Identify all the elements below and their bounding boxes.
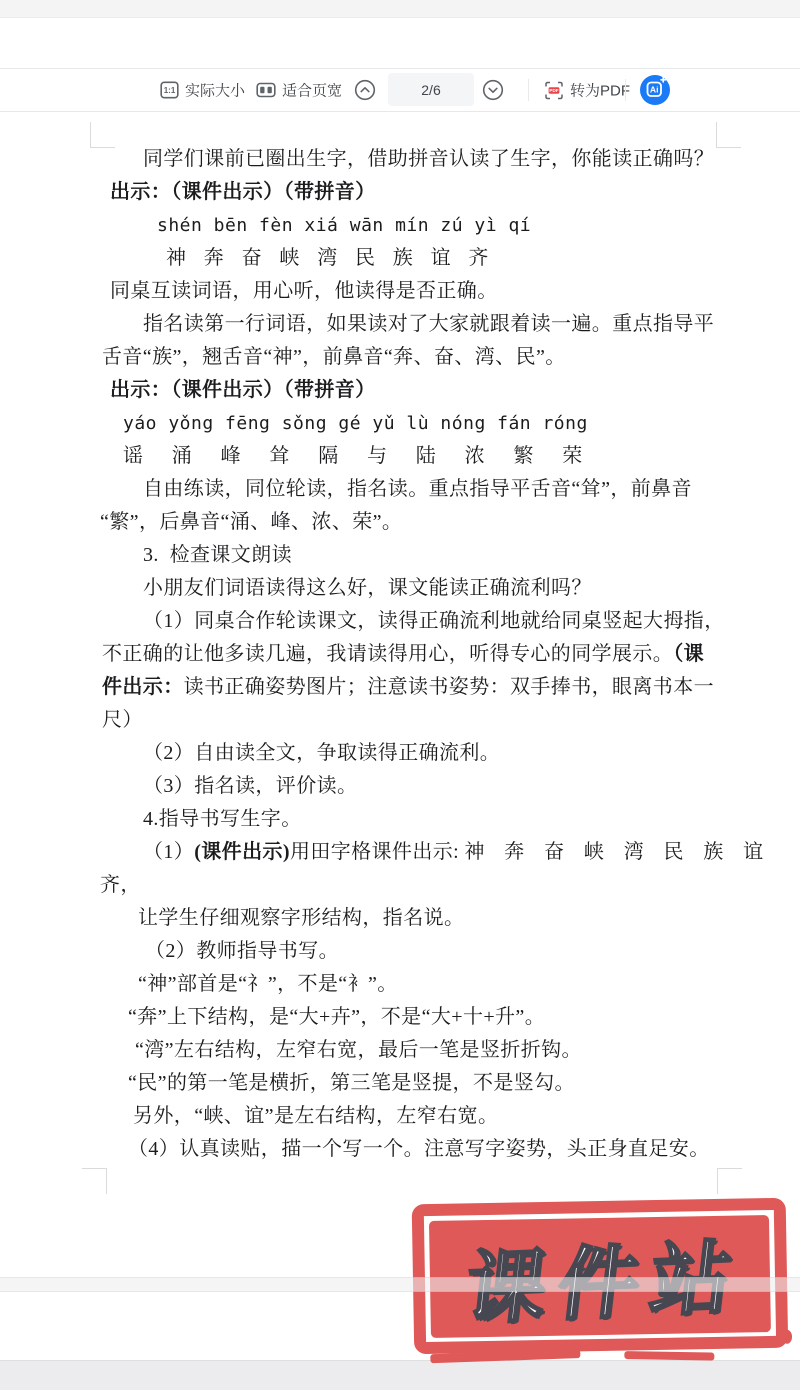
doc-line: 谣 涌 峰 耸 隔 与 陆 浓 繁 荣	[100, 440, 760, 473]
doc-run: 让学生仔细观察字形结构，指名说。	[138, 907, 464, 929]
doc-run: （1）	[143, 841, 194, 863]
doc-run: 同桌互读词语，用心听，他读得是否正确。	[110, 280, 498, 302]
doc-line: 指名读第一行词语，如果读对了大家就跟着读一遍。重点指导平	[100, 308, 760, 341]
doc-run: （1）同桌合作轮读课文，读得正确流利地就给同桌竖起大拇指，	[143, 610, 725, 632]
doc-run: （课	[673, 643, 704, 665]
doc-line: yáo yǒng fēng sǒng gé yǔ lù nóng fán rón…	[100, 407, 760, 440]
doc-run: 小朋友们词语读得这么好，课文能读正确流利吗？	[143, 577, 592, 599]
svg-text:PDF: PDF	[549, 88, 558, 93]
doc-run: 舌音“族”，翘舌音“神”，前鼻音“奔、奋、湾、民”。	[102, 346, 566, 368]
doc-run: 指名读第一行词语，如果读对了大家就跟着读一遍。重点指导平	[143, 313, 714, 335]
doc-line: 同桌互读词语，用心听，他读得是否正确。	[100, 275, 760, 308]
one-to-one-icon: 1:1	[160, 81, 179, 100]
doc-line: “神”部首是“礻”，不是“衤”。	[100, 968, 760, 1001]
doc-line: 不正确的让他多读几遍，我请读得用心，听得专心的同学展示。（课	[100, 638, 760, 671]
doc-line: （1）同桌合作轮读课文，读得正确流利地就给同桌竖起大拇指，	[100, 605, 760, 638]
doc-run: yáo yǒng fēng sǒng gé yǔ lù nóng fán rón…	[123, 413, 588, 434]
doc-run: “民”的第一笔是横折，第三笔是竖提，不是竖勾。	[128, 1072, 575, 1094]
window-top-strip	[0, 0, 800, 18]
doc-line: “繁”，后鼻音“涌、峰、浓、荣”。	[100, 506, 760, 539]
chevron-up-icon	[354, 79, 376, 101]
doc-run: 件出示：	[102, 676, 184, 698]
doc-line: 让学生仔细观察字形结构，指名说。	[100, 902, 760, 935]
doc-line: 出示：（课件出示）（带拼音）	[100, 176, 760, 209]
doc-run: “繁”，后鼻音“涌、峰、浓、荣”。	[100, 511, 402, 533]
toolbar-divider	[528, 79, 529, 101]
doc-line: shén bēn fèn xiá wān mín zú yì qí	[100, 209, 760, 242]
doc-run: 同学们课前已圈出生字，借助拼音认读了生字，你能读正确吗？	[143, 148, 714, 170]
doc-line: （2）自由读全文，争取读得正确流利。	[100, 737, 760, 770]
page-indicator[interactable]: 2/6	[388, 73, 474, 106]
svg-text:Ai: Ai	[650, 84, 659, 94]
convert-to-pdf-label: 转为PDF	[570, 80, 630, 101]
doc-run: （4）认真读贴，描一个写一个。注意写字姿势，头正身直足安。	[128, 1138, 710, 1160]
doc-run: 不正确的让他多读几遍，我请读得用心，听得专心的同学展示。	[102, 643, 673, 665]
doc-line: 4.指导书写生字。	[100, 803, 760, 836]
doc-line: 舌音“族”，翘舌音“神”，前鼻音“奔、奋、湾、民”。	[100, 341, 760, 374]
doc-run: 出示：（课件出示）（带拼音）	[110, 181, 376, 203]
fit-width-button[interactable]: 适合页宽	[256, 80, 342, 101]
doc-run: 另外，“峡、谊”是左右结构，左窄右宽。	[133, 1105, 498, 1127]
document-viewer: 1:1 实际大小 适合页宽	[0, 0, 800, 1390]
ai-assistant-button[interactable]: Ai	[640, 75, 670, 105]
doc-line: 尺）	[100, 704, 760, 737]
toolbar-divider	[625, 79, 626, 101]
doc-run: 神 奔 奋 峡 湾 民 族 谊	[465, 841, 764, 863]
doc-run: shén bēn fèn xiá wān mín zú yì qí	[157, 215, 531, 236]
doc-run: 出示：（课件出示）（带拼音）	[110, 379, 376, 401]
pdf-icon: PDF	[544, 80, 564, 100]
previous-page-button[interactable]	[354, 79, 376, 101]
doc-run: “奔”上下结构，是“大+卉”，不是“大+十+升”。	[128, 1006, 545, 1028]
svg-text:1:1: 1:1	[164, 86, 176, 95]
stamp-smudge	[624, 1351, 714, 1361]
doc-run: “神”部首是“礻”，不是“衤”。	[138, 973, 398, 995]
margin-corner-mark	[717, 1168, 742, 1194]
viewer-toolbar: 1:1 实际大小 适合页宽	[0, 68, 800, 112]
document-lines: 同学们课前已圈出生字，借助拼音认读了生字，你能读正确吗？出示：（课件出示）（带拼…	[100, 143, 760, 1166]
doc-run: 齐，	[100, 874, 141, 896]
doc-run: “湾”左右结构，左窄右宽，最后一笔是竖折折钩。	[135, 1039, 582, 1061]
doc-line: 齐，	[100, 869, 760, 902]
viewer-bottom-strip	[0, 1360, 800, 1390]
doc-run: （3）指名读，评价读。	[143, 775, 357, 797]
doc-line: “民”的第一笔是横折，第三笔是竖提，不是竖勾。	[100, 1067, 760, 1100]
doc-run: （2）自由读全文，争取读得正确流利。	[143, 742, 500, 764]
doc-line: （3）指名读，评价读。	[100, 770, 760, 803]
chevron-down-icon	[482, 79, 504, 101]
doc-line: 自由练读，同位轮读，指名读。重点指导平舌音“耸”，前鼻音	[100, 473, 760, 506]
doc-run: 3. 检查课文朗读	[143, 544, 292, 566]
doc-line: “奔”上下结构，是“大+卉”，不是“大+十+升”。	[100, 1001, 760, 1034]
fit-width-label: 适合页宽	[282, 80, 342, 101]
convert-to-pdf-button[interactable]: PDF 转为PDF	[544, 80, 630, 101]
actual-size-button[interactable]: 1:1 实际大小	[160, 80, 245, 101]
doc-line: 同学们课前已圈出生字，借助拼音认读了生字，你能读正确吗？	[100, 143, 760, 176]
doc-run: 谣 涌 峰 耸 隔 与 陆 浓 繁 荣	[123, 445, 583, 467]
fit-width-icon	[256, 81, 276, 100]
doc-run: （2）教师指导书写。	[145, 940, 339, 962]
doc-line: 小朋友们词语读得这么好，课文能读正确流利吗？	[100, 572, 760, 605]
doc-line: （1）(课件出示)用田字格课件出示: 神 奔 奋 峡 湾 民 族 谊	[100, 836, 760, 869]
stamp-smudge	[782, 1330, 792, 1344]
ai-icon: Ai	[640, 73, 670, 108]
doc-run: 自由练读，同位轮读，指名读。重点指导平舌音“耸”，前鼻音	[143, 478, 692, 500]
margin-corner-mark	[82, 1168, 107, 1194]
doc-run: 用田字格课件出示:	[290, 841, 465, 863]
page-gap	[0, 1277, 800, 1292]
doc-run: 尺）	[102, 709, 143, 731]
doc-run: 读书正确姿势图片；注意读书姿势：双手捧书，眼离书本一	[184, 676, 714, 698]
doc-line: 出示：（课件出示）（带拼音）	[100, 374, 760, 407]
doc-line: “湾”左右结构，左窄右宽，最后一笔是竖折折钩。	[100, 1034, 760, 1067]
doc-run: 神 奔 奋 峡 湾 民 族 谊 齐	[166, 247, 489, 269]
doc-run: 4.指导书写生字。	[143, 808, 302, 830]
doc-run: (课件出示)	[194, 841, 290, 863]
doc-line: 神 奔 奋 峡 湾 民 族 谊 齐	[100, 242, 760, 275]
doc-line: （2）教师指导书写。	[100, 935, 760, 968]
actual-size-label: 实际大小	[185, 80, 245, 101]
doc-line: 3. 检查课文朗读	[100, 539, 760, 572]
doc-line: 另外，“峡、谊”是左右结构，左窄右宽。	[100, 1100, 760, 1133]
next-page-button[interactable]	[482, 79, 504, 101]
doc-line: （4）认真读贴，描一个写一个。注意写字姿势，头正身直足安。	[100, 1133, 760, 1166]
doc-line: 件出示：读书正确姿势图片；注意读书姿势：双手捧书，眼离书本一	[100, 671, 760, 704]
page-indicator-value: 2/6	[421, 82, 440, 98]
